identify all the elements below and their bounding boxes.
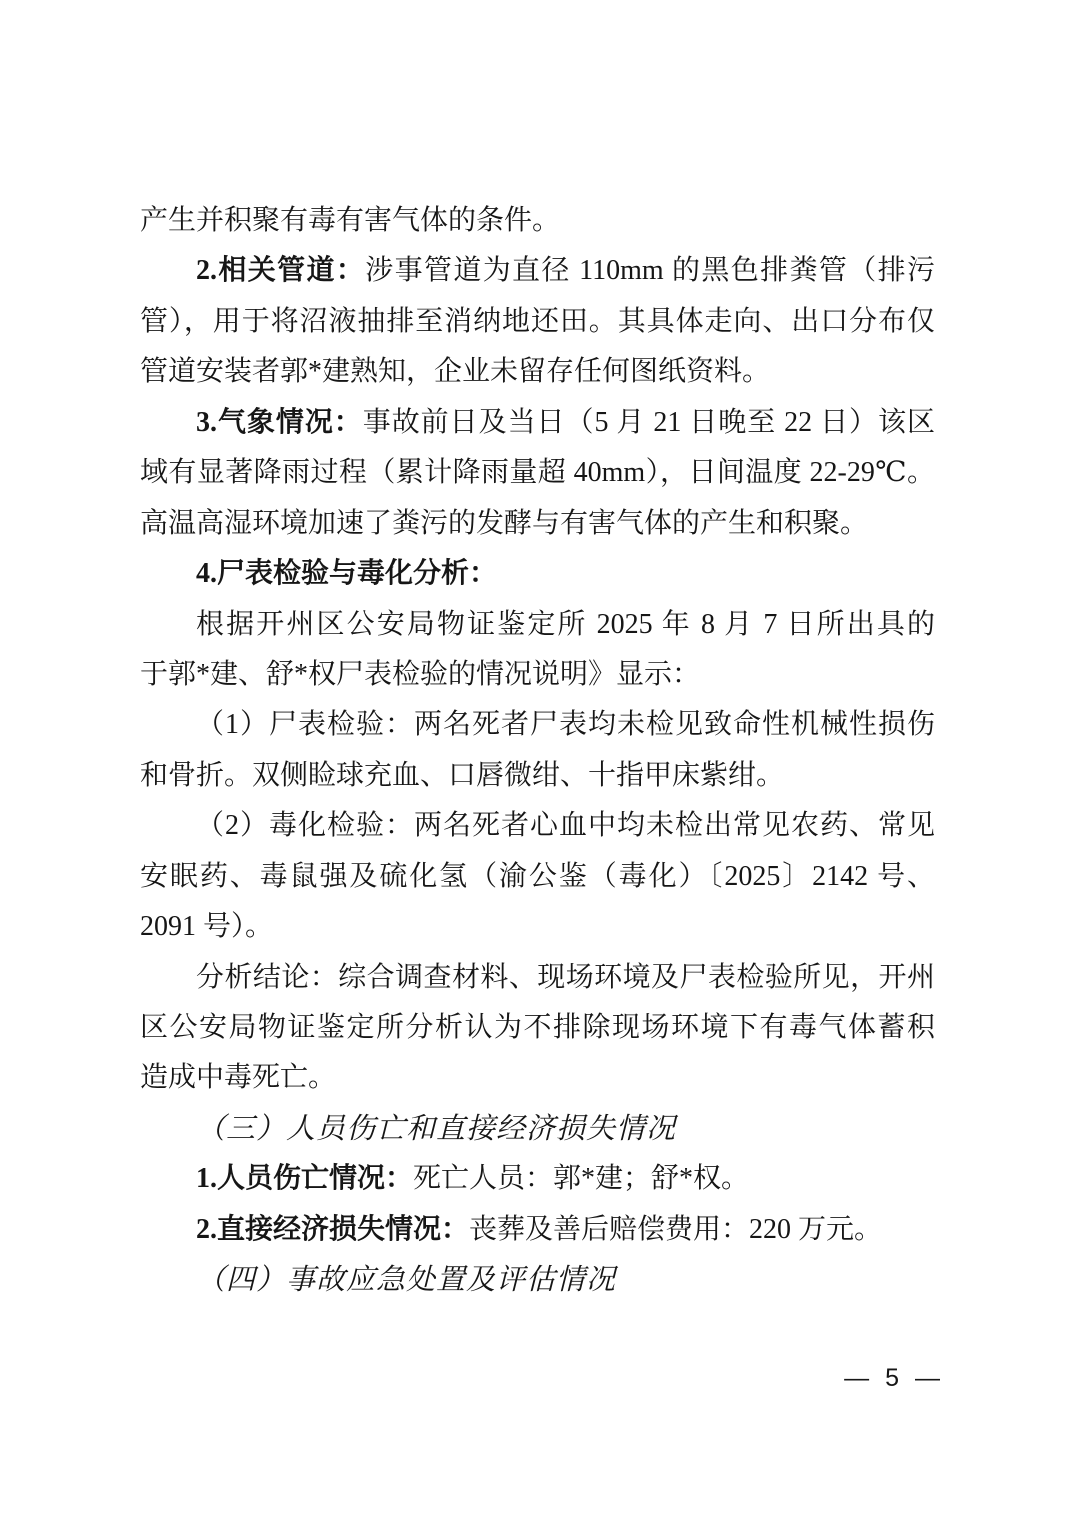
term-label: 3.气象情况： [196, 407, 363, 438]
doc-line: 1.人员伤亡情况：死亡人员：郭*建；舒*权。 [140, 1154, 935, 1204]
text-run: 于郭*建、舒*权尸表检验的情况说明》显示： [140, 659, 700, 690]
doc-line: 产生并积聚有毒有害气体的条件。 [140, 196, 935, 246]
page-body: 产生并积聚有毒有害气体的条件。 2.相关管道：涉事管道为直径 110mm 的黑色… [140, 196, 935, 1306]
doc-line: （1）尸表检验：两名死者尸表均未检见致命性机械性损伤 [140, 700, 935, 750]
text-run: 死亡人员：郭*建；舒*权。 [413, 1163, 749, 1194]
text-run: （1）尸表检验：两名死者尸表均未检见致命性机械性损伤 [196, 709, 935, 740]
page-number: 5 [885, 1364, 899, 1393]
text-run: 分析结论：综合调查材料、现场环境及尸表检验所见，开州 [196, 962, 935, 993]
term-label: 2.直接经济损失情况： [196, 1214, 469, 1245]
text-run: 安眠药、毒鼠强及硫化氢（渝公鉴（毒化）〔2025〕2142 号、 [140, 861, 935, 892]
section-heading-4: （四）事故应急处置及评估情况 [140, 1255, 935, 1305]
doc-line: 管道安装者郭*建熟知，企业未留存任何图纸资料。 [140, 347, 935, 397]
footer-dash-right: — [915, 1364, 940, 1393]
doc-line: 管），用于将沼液抽排至消纳地还田。其具体走向、出口分布仅 [140, 297, 935, 347]
page-footer: — 5 — [844, 1360, 940, 1396]
text-run: 和骨折。双侧睑球充血、口唇微绀、十指甲床紫绀。 [140, 760, 784, 791]
text-run: 高温高湿环境加速了粪污的发酵与有害气体的产生和积聚。 [140, 508, 868, 539]
doc-line: 2091 号）。 [140, 902, 935, 952]
footer-dash-left: — [844, 1364, 869, 1393]
doc-line: （2）毒化检验：两名死者心血中均未检出常见农药、常见 [140, 801, 935, 851]
text-run: 涉事管道为直径 110mm 的黑色排粪管（排污 [365, 255, 935, 286]
text-run: 根据开州区公安局物证鉴定所 2025 年 8 月 7 日所出具的《关 [140, 609, 935, 650]
doc-line: 安眠药、毒鼠强及硫化氢（渝公鉴（毒化）〔2025〕2142 号、 [140, 852, 935, 902]
section-heading-3: （三）人员伤亡和直接经济损失情况 [140, 1104, 935, 1154]
term-label: 2.相关管道： [196, 255, 365, 286]
text-run: 事故前日及当日（5 月 21 日晚至 22 日）该区 [363, 407, 935, 438]
text-run: 管道安装者郭*建熟知，企业未留存任何图纸资料。 [140, 356, 770, 387]
text-run: 产生并积聚有毒有害气体的条件。 [140, 205, 560, 236]
doc-line: 造成中毒死亡。 [140, 1053, 935, 1103]
doc-line: 分析结论：综合调查材料、现场环境及尸表检验所见，开州 [140, 953, 935, 1003]
doc-line: 域有显著降雨过程（累计降雨量超 40mm），日间温度 22-29℃。 [140, 448, 935, 498]
text-run: 管），用于将沼液抽排至消纳地还田。其具体走向、出口分布仅 [140, 306, 935, 337]
text-run: 造成中毒死亡。 [140, 1062, 336, 1093]
section-heading-text: （三）人员伤亡和直接经济损失情况 [196, 1113, 676, 1145]
doc-line: 高温高湿环境加速了粪污的发酵与有害气体的产生和积聚。 [140, 499, 935, 549]
doc-line: 于郭*建、舒*权尸表检验的情况说明》显示： [140, 650, 935, 700]
doc-line: 3.气象情况：事故前日及当日（5 月 21 日晚至 22 日）该区 [140, 398, 935, 448]
doc-line: 2.直接经济损失情况：丧葬及善后赔偿费用：220 万元。 [140, 1205, 935, 1255]
text-run: 2091 号）。 [140, 911, 273, 942]
term-label: 4.尸表检验与毒化分析： [196, 558, 497, 589]
doc-line: 区公安局物证鉴定所分析认为不排除现场环境下有毒气体蓄积 [140, 1003, 935, 1053]
term-label: 1.人员伤亡情况： [196, 1163, 413, 1194]
text-run: 丧葬及善后赔偿费用：220 万元。 [469, 1214, 882, 1245]
doc-line: 和骨折。双侧睑球充血、口唇微绀、十指甲床紫绀。 [140, 751, 935, 801]
text-run: 域有显著降雨过程（累计降雨量超 40mm），日间温度 22-29℃。 [140, 457, 935, 488]
doc-line: 2.相关管道：涉事管道为直径 110mm 的黑色排粪管（排污 [140, 246, 935, 296]
doc-line: 4.尸表检验与毒化分析： [140, 549, 935, 599]
text-run: （2）毒化检验：两名死者心血中均未检出常见农药、常见 [196, 810, 935, 841]
section-heading-text: （四）事故应急处置及评估情况 [196, 1264, 616, 1296]
doc-line: 根据开州区公安局物证鉴定所 2025 年 8 月 7 日所出具的《关 [140, 600, 935, 650]
text-run: 区公安局物证鉴定所分析认为不排除现场环境下有毒气体蓄积 [140, 1012, 935, 1043]
document-page: 产生并积聚有毒有害气体的条件。 2.相关管道：涉事管道为直径 110mm 的黑色… [0, 0, 1074, 1520]
